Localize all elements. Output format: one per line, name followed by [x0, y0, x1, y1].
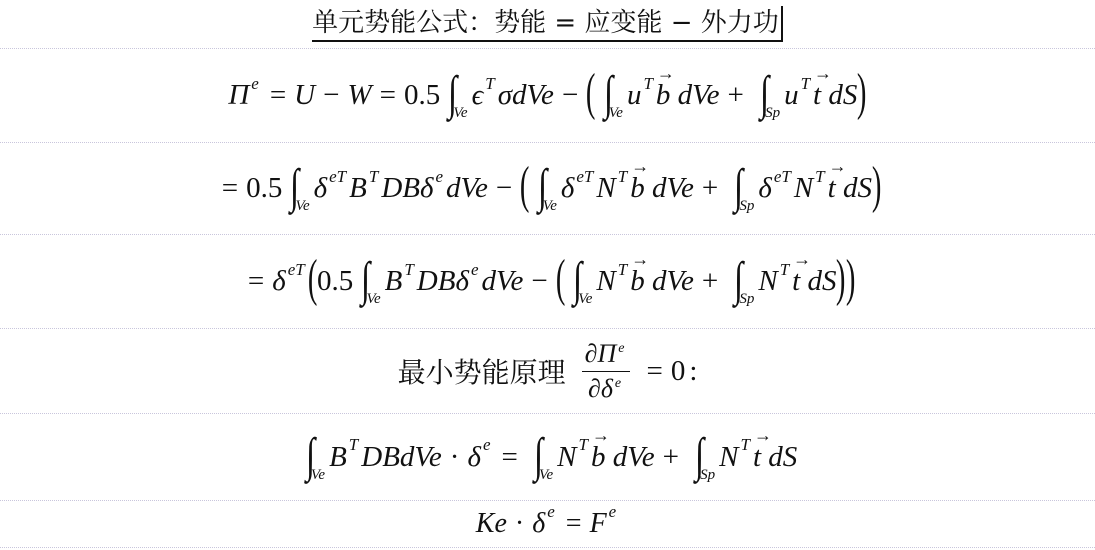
right-paren: ) [836, 249, 846, 308]
symbol-u: u [784, 79, 799, 112]
symbol-b: B [329, 441, 347, 474]
sup: T [485, 74, 494, 94]
equals: = [646, 355, 662, 388]
minus: − [496, 172, 512, 205]
equation-row-4: 最小势能原理 ∂Πe ∂δe = 0 : [0, 329, 1095, 414]
formula-heading: 单元势能公式：势能 = 应变能 − 外力功 [312, 6, 783, 42]
equation-row-6: Ke · δe = Fe [0, 501, 1095, 548]
delta: δ [532, 508, 545, 540]
stiffness-matrix: Ke [476, 508, 507, 540]
equation-1: Πe = U − W = 0.5 ∫Ve ϵT σdVe − ( ∫Ve uT … [228, 66, 866, 125]
partial-symbol: ∂ [585, 339, 598, 368]
principle-label: 最小势能原理 [398, 351, 566, 391]
symbol-u: U [294, 79, 315, 112]
sup: e [483, 435, 491, 455]
plus: + [663, 441, 679, 474]
symbol-w: W [347, 79, 371, 112]
minus: − [323, 79, 339, 112]
sub: Ve [609, 105, 623, 122]
zero: 0 [671, 355, 686, 388]
pi-symbol: Π [228, 79, 249, 112]
sub: Ve [539, 467, 553, 484]
left-paren: ( [556, 249, 566, 308]
sup: e [251, 74, 259, 94]
sup: T [369, 167, 378, 187]
right-paren: ) [872, 156, 882, 215]
minus: − [531, 265, 547, 298]
differential: dS [768, 441, 797, 474]
vector-t: t [753, 441, 761, 474]
epsilon: ϵ [472, 79, 484, 112]
sup: eT [774, 167, 791, 187]
sup: e [471, 260, 479, 280]
left-paren: ( [586, 63, 596, 122]
symbol-n: N [596, 265, 615, 298]
delta: δ [601, 374, 613, 403]
equals: = [222, 172, 238, 205]
sub: Sp [700, 467, 715, 484]
differential: dVe [613, 441, 655, 474]
sub: Ve [366, 291, 380, 308]
equation-5: ∫Ve BT DBdVe · δe = ∫Ve NT b dVe + ∫Sp N… [298, 430, 798, 485]
differential: dVe [446, 172, 488, 205]
equation-6: Ke · δe = Fe [476, 508, 619, 540]
sup: eT [329, 167, 346, 187]
sup: eT [576, 167, 593, 187]
sup: e [615, 376, 621, 391]
term: σdVe [498, 79, 554, 112]
partial-derivative-fraction: ∂Πe ∂δe [582, 339, 631, 404]
sup: T [579, 435, 588, 455]
minus: − [562, 79, 578, 112]
partial-symbol: ∂ [588, 374, 601, 403]
left-paren: ( [520, 156, 530, 215]
sup: T [780, 260, 789, 280]
vector-b: b [656, 79, 671, 112]
equation-row-5: ∫Ve BT DBdVe · δe = ∫Ve NT b dVe + ∫Sp N… [0, 414, 1095, 501]
sub: Sp [765, 105, 780, 122]
sup: eT [288, 260, 305, 280]
fraction-denominator: ∂δe [588, 372, 624, 404]
equation-2: = 0.5 ∫Ve δeT BT DBδe dVe − ( ∫Ve δeT NT… [214, 159, 882, 218]
plus: + [728, 79, 744, 112]
sub: Ve [453, 105, 467, 122]
sup: T [740, 435, 749, 455]
dot-operator: · [450, 441, 460, 474]
sub: Ve [578, 291, 592, 308]
dot-operator: · [515, 508, 524, 540]
sup: e [547, 502, 555, 522]
differential: dVe [678, 79, 720, 112]
term: DBdVe [361, 441, 442, 474]
differential: dS [807, 265, 836, 298]
equals: = [248, 265, 264, 298]
vector-b: b [630, 265, 645, 298]
term: DB [381, 172, 420, 205]
fraction-numerator: ∂Πe [582, 339, 631, 372]
sub: Sp [739, 291, 754, 308]
sup: T [618, 167, 627, 187]
symbol-n: N [758, 265, 777, 298]
sup: T [815, 167, 824, 187]
coefficient: 0.5 [404, 79, 440, 112]
differential: dVe [652, 172, 694, 205]
equation-3: = δeT ( 0.5 ∫Ve BT DBδe dVe − ( ∫Ve NT b… [240, 252, 855, 311]
force-vector: F [590, 508, 607, 540]
sup: T [349, 435, 358, 455]
equation-row-2: = 0.5 ∫Ve δeT BT DBδe dVe − ( ∫Ve δeT NT… [0, 143, 1095, 235]
symbol-n: N [719, 441, 738, 474]
equals: = [380, 79, 396, 112]
vector-b: b [630, 172, 645, 205]
symbol-u: u [627, 79, 642, 112]
sub: Ve [311, 467, 325, 484]
differential: dVe [482, 265, 524, 298]
sub: Ve [543, 198, 557, 215]
right-paren: ) [857, 63, 867, 122]
delta: δ [455, 265, 468, 298]
right-paren: ) [846, 249, 856, 308]
vector-b: b [591, 441, 606, 474]
sup: T [618, 260, 627, 280]
sup: e [618, 341, 624, 356]
left-paren: ( [308, 249, 318, 308]
coefficient: 0.5 [317, 265, 353, 298]
differential: dVe [652, 265, 694, 298]
delta: δ [420, 172, 433, 205]
equals: = [501, 441, 517, 474]
colon: : [689, 355, 697, 388]
equals: = [566, 508, 582, 540]
sup: T [801, 74, 810, 94]
coefficient: 0.5 [246, 172, 282, 205]
symbol-b: B [385, 265, 403, 298]
delta: δ [467, 441, 480, 474]
symbol-b: B [349, 172, 367, 205]
differential: dS [843, 172, 872, 205]
pi-symbol: Π [597, 339, 616, 368]
equation-row-3: = δeT ( 0.5 ∫Ve BT DBδe dVe − ( ∫Ve NT b… [0, 235, 1095, 329]
sub: Ve [295, 198, 309, 215]
symbol-n: N [794, 172, 813, 205]
delta: δ [561, 172, 574, 205]
plus: + [702, 265, 718, 298]
vector-t: t [792, 265, 800, 298]
term: DB [417, 265, 456, 298]
symbol-n: N [557, 441, 576, 474]
vector-t: t [828, 172, 836, 205]
delta: δ [314, 172, 327, 205]
plus: + [702, 172, 718, 205]
sub: Sp [739, 198, 754, 215]
delta: δ [758, 172, 771, 205]
differential: dS [828, 79, 857, 112]
equation-row-1: Πe = U − W = 0.5 ∫Ve ϵT σdVe − ( ∫Ve uT … [0, 49, 1095, 143]
sup: T [404, 260, 413, 280]
heading-row: 单元势能公式：势能 = 应变能 − 外力功 [0, 0, 1095, 49]
symbol-n: N [596, 172, 615, 205]
equals: = [270, 79, 286, 112]
sup: e [435, 167, 443, 187]
vector-t: t [813, 79, 821, 112]
equation-4: 最小势能原理 ∂Πe ∂δe = 0 : [398, 339, 698, 404]
delta: δ [272, 265, 285, 298]
sup: T [643, 74, 652, 94]
sup: e [609, 502, 617, 522]
